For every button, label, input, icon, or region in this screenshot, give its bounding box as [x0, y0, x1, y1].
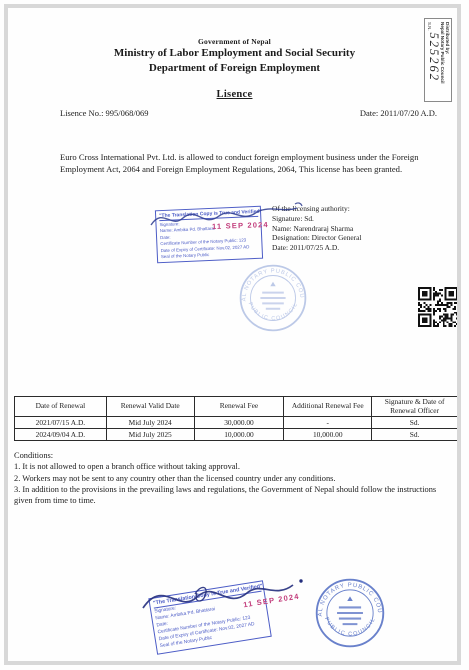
- condition-item: 1. It is not allowed to open a branch of…: [14, 461, 456, 472]
- cell-addfee: 10,000.00: [284, 429, 372, 441]
- renewal-table: Date of Renewal Renewal Valid Date Renew…: [14, 396, 458, 441]
- ministry-line: Ministry of Labor Employment and Social …: [0, 47, 469, 59]
- table-row: 2024/09/04 A.D. Mid July 2025 10,000.00 …: [15, 429, 458, 441]
- licensing-authority-block: Of the licensing authority: Signature: S…: [272, 204, 361, 253]
- serial-number-box: Distributed by: Nepal Notary Public Coun…: [424, 18, 452, 102]
- conditions-title: Conditions:: [14, 450, 456, 461]
- seal-arc-top-text: NEPAL NOTARY PUBLIC COUNCIL: [313, 576, 382, 617]
- svg-text:PUBLIC COUNCIL: PUBLIC COUNCIL: [247, 301, 300, 322]
- page-border-frame: [4, 4, 461, 665]
- department-line: Department of Foreign Employment: [0, 62, 469, 74]
- col-renewal-fee: Renewal Fee: [194, 397, 284, 417]
- svg-text:PUBLIC COUNCIL: PUBLIC COUNCIL: [323, 616, 377, 637]
- round-notary-seal-middle: NEPAL NOTARY PUBLIC COUNCIL PUBLIC COUNC…: [237, 262, 309, 334]
- notary-translation-stamp-top: "The Translation Copy is True and Verifi…: [155, 206, 263, 264]
- seal-arc-top-text: NEPAL NOTARY PUBLIC COUNCIL: [237, 262, 305, 301]
- cell-sig: Sd.: [372, 429, 458, 441]
- authority-signature: Signature: Sd.: [272, 214, 361, 224]
- col-additional-fee: Additional Renewal Fee: [284, 397, 372, 417]
- authority-line: Of the licensing authority:: [272, 204, 361, 214]
- cell-sig: Sd.: [372, 417, 458, 429]
- col-renewal-valid-date: Renewal Valid Date: [106, 397, 194, 417]
- condition-item: 2. Workers may not be sent to any countr…: [14, 473, 456, 484]
- serial-sn-value: 525262: [428, 33, 441, 83]
- licence-number: Lisence No.: 995/068/069: [60, 108, 149, 118]
- qr-code-pattern: [418, 287, 458, 327]
- svg-text:NEPAL NOTARY PUBLIC COUNCIL: NEPAL NOTARY PUBLIC COUNCIL: [313, 576, 382, 617]
- cell-fee: 10,000.00: [194, 429, 284, 441]
- svg-text:NEPAL NOTARY PUBLIC COUNCIL: NEPAL NOTARY PUBLIC COUNCIL: [237, 262, 305, 301]
- qr-code: [418, 287, 458, 327]
- cell-addfee: -: [284, 417, 372, 429]
- document-page: Government of Nepal Ministry of Labor Em…: [0, 0, 469, 670]
- serial-sn-label: S.N.: [428, 22, 433, 31]
- cell-date: 2021/07/15 A.D.: [15, 417, 107, 429]
- cell-valid: Mid July 2024: [106, 417, 194, 429]
- cell-date: 2024/09/04 A.D.: [15, 429, 107, 441]
- seal-arc-bottom-text: PUBLIC COUNCIL: [323, 616, 377, 637]
- round-notary-seal-bottom: NEPAL NOTARY PUBLIC COUNCIL PUBLIC COUNC…: [313, 576, 387, 650]
- notary-translation-stamp-bottom: "The Translation Copy is True and Verifi…: [148, 580, 271, 654]
- authority-designation: Designation: Director General: [272, 233, 361, 243]
- seal-arc-bottom-text: PUBLIC COUNCIL: [247, 301, 300, 322]
- serial-distributed-by: Distributed by:: [445, 22, 450, 98]
- renewal-table-header-row: Date of Renewal Renewal Valid Date Renew…: [15, 397, 458, 417]
- authority-name: Name: Narendraraj Sharma: [272, 224, 361, 234]
- table-row: 2021/07/15 A.D. Mid July 2024 30,000.00 …: [15, 417, 458, 429]
- col-date-of-renewal: Date of Renewal: [15, 397, 107, 417]
- issue-date: Date: 2011/07/20 A.D.: [360, 108, 437, 118]
- cell-valid: Mid July 2025: [106, 429, 194, 441]
- government-line: Government of Nepal: [0, 37, 469, 46]
- grant-paragraph: Euro Cross International Pvt. Ltd. is al…: [60, 152, 444, 176]
- document-title: Lisence: [0, 89, 469, 100]
- col-signature-officer: Signature & Date of Renewal Officer: [372, 397, 458, 417]
- conditions-block: Conditions: 1. It is not allowed to open…: [14, 450, 456, 507]
- authority-date: Date: 2011/07/25 A.D.: [272, 243, 361, 253]
- cell-fee: 30,000.00: [194, 417, 284, 429]
- condition-item: 3. In addition to the provisions in the …: [14, 484, 456, 507]
